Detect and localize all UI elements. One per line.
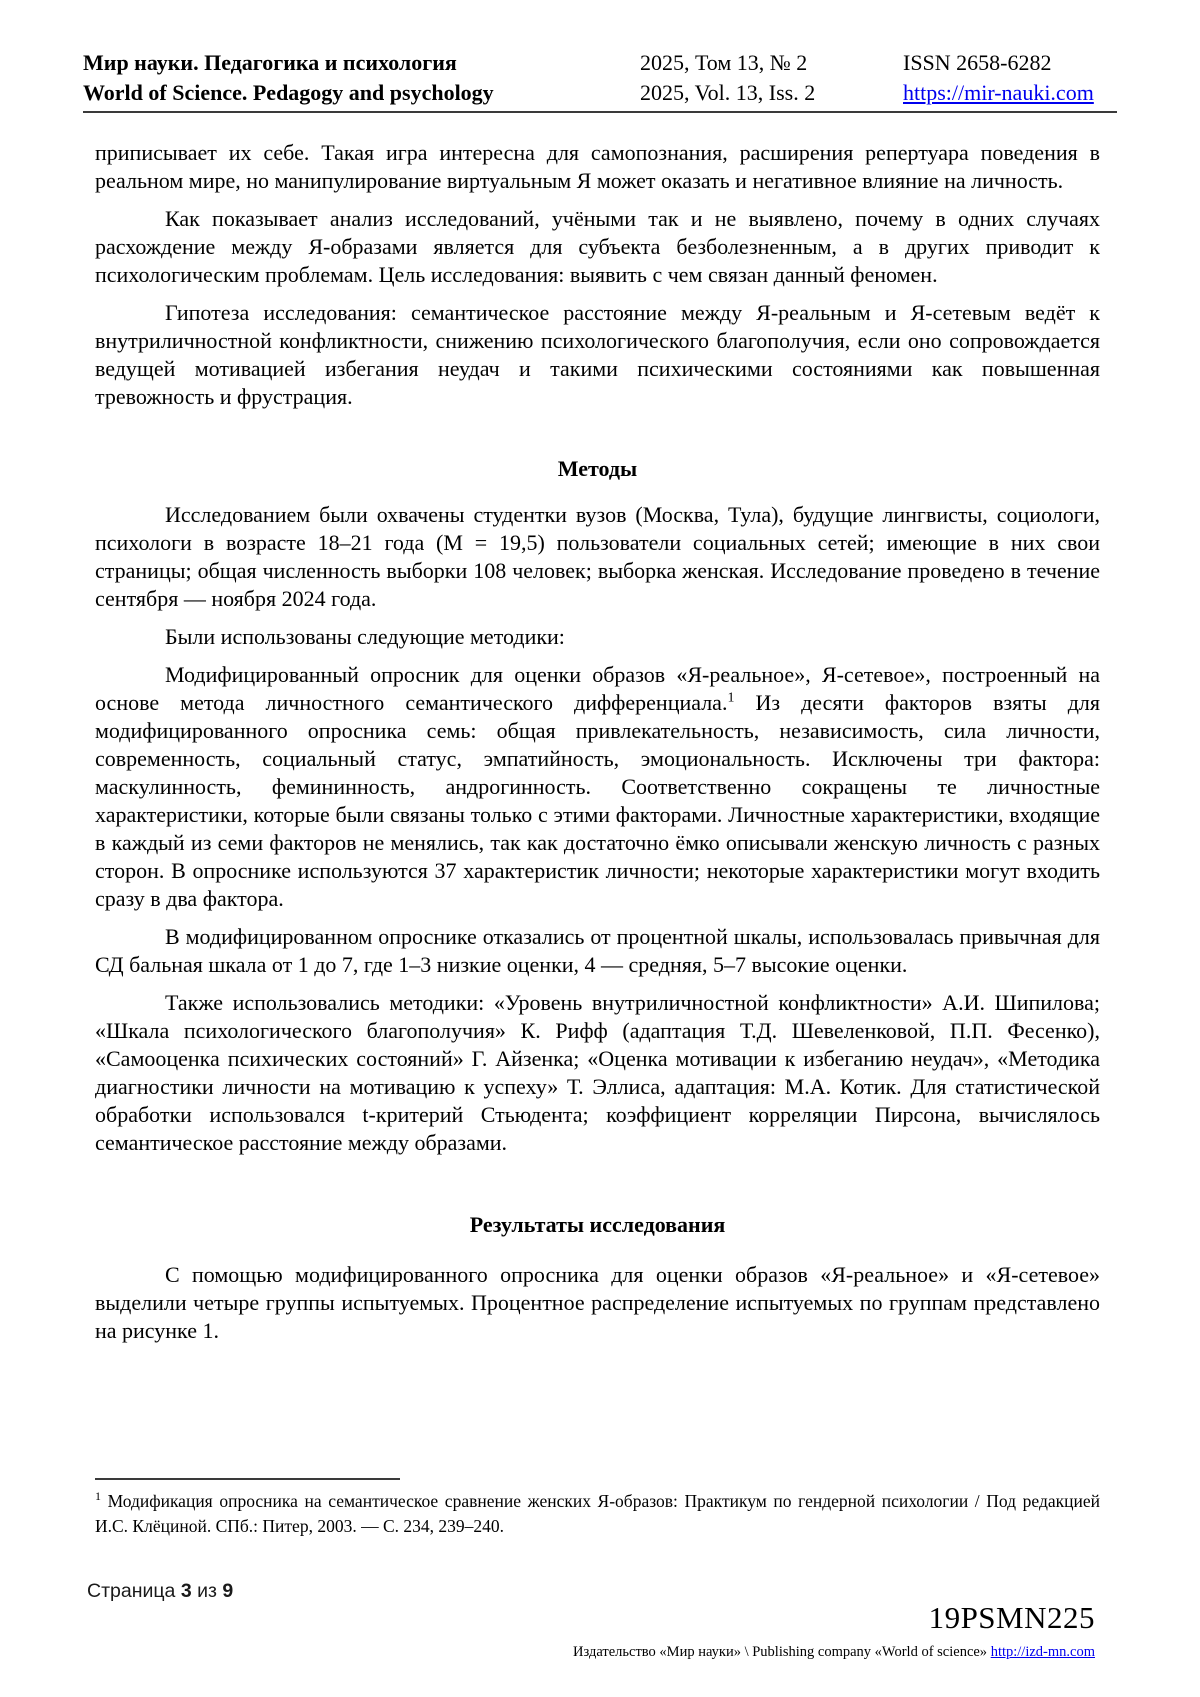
- paragraph-hypothesis: Гипотеза исследования: семантическое рас…: [95, 299, 1100, 411]
- header-divider: [83, 111, 1117, 113]
- issue-ru: 2025, Том 13, № 2: [640, 48, 903, 78]
- article-code: 19PSMN225: [929, 1600, 1095, 1636]
- article-body: приписывает их себе. Такая игра интересн…: [95, 139, 1100, 1355]
- page-number-current: 3: [181, 1580, 192, 1602]
- footnote-separator: [95, 1478, 400, 1480]
- publisher-site-link[interactable]: http://izd-mn.com: [991, 1644, 1095, 1660]
- footnote-text: Модификация опросника на семантическое с…: [95, 1491, 1100, 1536]
- issue-en: 2025, Vol. 13, Iss. 2: [640, 78, 903, 108]
- publisher-text: Издательство «Мир науки» \ Publishing co…: [573, 1644, 991, 1660]
- page-number: Страница 3 из 9: [87, 1580, 233, 1603]
- page-number-total: 9: [222, 1580, 233, 1602]
- journal-site-link[interactable]: https://mir-nauki.com: [903, 80, 1094, 105]
- section-heading-results: Результаты исследования: [95, 1211, 1100, 1239]
- paragraph-analysis: Как показывает анализ исследований, учён…: [95, 205, 1100, 289]
- paragraph-sample: Исследованием были охвачены студентки ву…: [95, 501, 1100, 613]
- footnote-entry: 1 Модификация опросника на семантическое…: [95, 1489, 1100, 1539]
- section-heading-methods: Методы: [95, 455, 1100, 483]
- journal-title-en: World of Science. Pedagogy and psycholog…: [83, 78, 640, 108]
- page-number-label: Страница: [87, 1580, 175, 1602]
- journal-title-block: Мир науки. Педагогика и психология World…: [83, 48, 640, 108]
- journal-title-ru: Мир науки. Педагогика и психология: [83, 48, 640, 78]
- page-number-of: из: [197, 1580, 217, 1602]
- issn-label: ISSN 2658-6282: [903, 48, 1117, 78]
- paragraph-methods-intro: Были использованы следующие методики:: [95, 623, 1100, 651]
- paragraph-scale: В модифицированном опроснике отказались …: [95, 923, 1100, 979]
- paragraph-questionnaire: Модифицированный опросник для оценки обр…: [95, 661, 1100, 913]
- paragraph-other-methods: Также использовались методики: «Уровень …: [95, 989, 1100, 1157]
- questionnaire-text-after: Из десяти факторов взяты для модифициров…: [95, 690, 1100, 911]
- issue-info-block: 2025, Том 13, № 2 2025, Vol. 13, Iss. 2: [640, 48, 903, 108]
- issn-block: ISSN 2658-6282 https://mir-nauki.com: [903, 48, 1117, 108]
- publisher-line: Издательство «Мир науки» \ Publishing co…: [573, 1644, 1095, 1661]
- paragraph-results-intro: С помощью модифицированного опросника дл…: [95, 1261, 1100, 1345]
- footnote-block: 1 Модификация опросника на семантическое…: [95, 1478, 1100, 1539]
- document-page: Мир науки. Педагогика и психология World…: [0, 0, 1200, 1697]
- page-header: Мир науки. Педагогика и психология World…: [83, 48, 1117, 108]
- paragraph-continuation: приписывает их себе. Такая игра интересн…: [95, 139, 1100, 195]
